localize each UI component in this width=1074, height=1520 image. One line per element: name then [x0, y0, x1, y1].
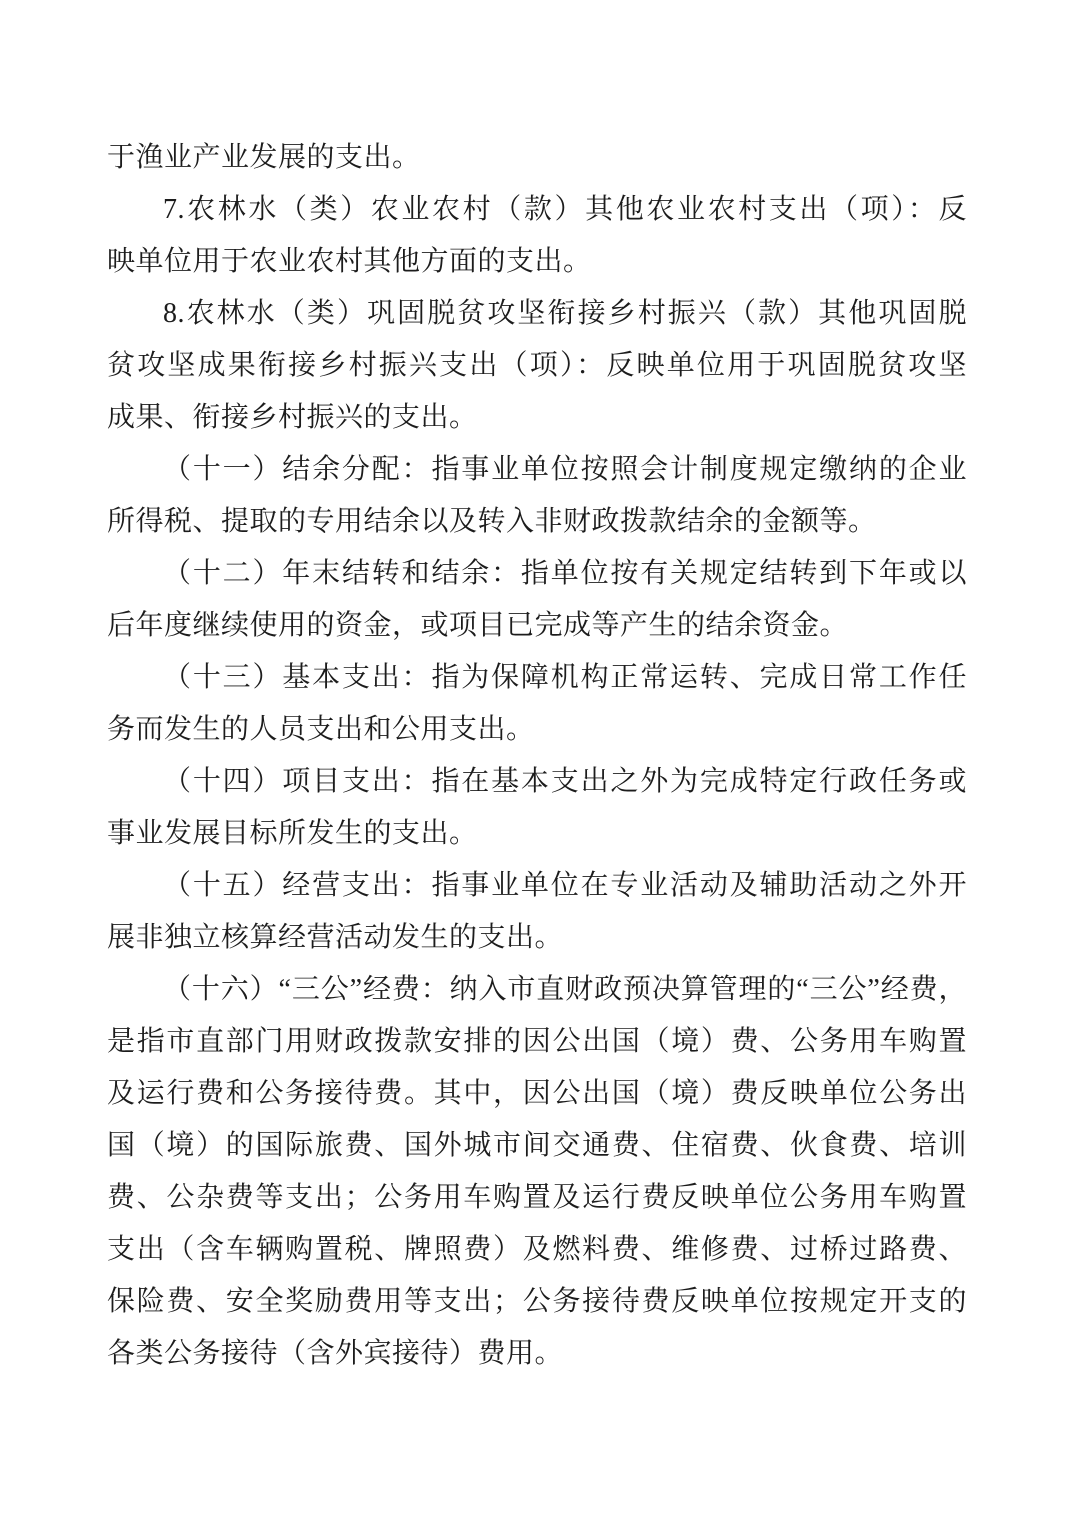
paragraph-item-7: 7.农林水（类）农业农村（款）其他农业农村支出（项）：反 映单位用于农业农村其他… — [107, 184, 967, 288]
text-line: 事业发展目标所发生的支出。 — [107, 808, 967, 860]
text-line: 及运行费和公务接待费。其中，因公出国（境）费反映单位公务出 — [107, 1068, 967, 1120]
text-line: 所得税、提取的专用结余以及转入非财政拨款结余的金额等。 — [107, 496, 967, 548]
paragraph-term-13: （十三）基本支出：指为保障机构正常运转、完成日常工作任 务而发生的人员支出和公用… — [107, 652, 967, 756]
text-line: 支出（含车辆购置税、牌照费）及燃料费、维修费、过桥过路费、 — [107, 1224, 967, 1276]
paragraph-term-16: （十六）“三公”经费：纳入市直财政预决算管理的“三公”经费， 是指市直部门用财政… — [107, 964, 967, 1380]
paragraph-term-15: （十五）经营支出：指事业单位在专业活动及辅助活动之外开 展非独立核算经营活动发生… — [107, 860, 967, 964]
text-line: （十四）项目支出：指在基本支出之外为完成特定行政任务或 — [107, 756, 967, 808]
paragraph-term-11: （十一）结余分配：指事业单位按照会计制度规定缴纳的企业 所得税、提取的专用结余以… — [107, 444, 967, 548]
text-line: （十一）结余分配：指事业单位按照会计制度规定缴纳的企业 — [107, 444, 967, 496]
paragraph-term-14: （十四）项目支出：指在基本支出之外为完成特定行政任务或 事业发展目标所发生的支出… — [107, 756, 967, 860]
document-text-block: 于渔业产业发展的支出。 7.农林水（类）农业农村（款）其他农业农村支出（项）：反… — [107, 132, 967, 1380]
text-line: 7.农林水（类）农业农村（款）其他农业农村支出（项）：反 — [107, 184, 967, 236]
text-line: 成果、衔接乡村振兴的支出。 — [107, 392, 967, 444]
document-page: 于渔业产业发展的支出。 7.农林水（类）农业农村（款）其他农业农村支出（项）：反… — [0, 0, 1074, 1520]
text-line: （十六）“三公”经费：纳入市直财政预决算管理的“三公”经费， — [107, 964, 967, 1016]
text-line: （十五）经营支出：指事业单位在专业活动及辅助活动之外开 — [107, 860, 967, 912]
text-line: （十二）年末结转和结余：指单位按有关规定结转到下年或以 — [107, 548, 967, 600]
text-line: 费、公杂费等支出；公务用车购置及运行费反映单位公务用车购置 — [107, 1172, 967, 1224]
text-line: 映单位用于农业农村其他方面的支出。 — [107, 236, 967, 288]
paragraph-continuation: 于渔业产业发展的支出。 — [107, 132, 967, 184]
text-line: 8.农林水（类）巩固脱贫攻坚衔接乡村振兴（款）其他巩固脱 — [107, 288, 967, 340]
text-line: 务而发生的人员支出和公用支出。 — [107, 704, 967, 756]
text-line: 保险费、安全奖励费用等支出；公务接待费反映单位按规定开支的 — [107, 1276, 967, 1328]
text-line: 国（境）的国际旅费、国外城市间交通费、住宿费、伙食费、培训 — [107, 1120, 967, 1172]
text-line: （十三）基本支出：指为保障机构正常运转、完成日常工作任 — [107, 652, 967, 704]
text-line: 于渔业产业发展的支出。 — [107, 132, 967, 184]
text-line: 后年度继续使用的资金，或项目已完成等产生的结余资金。 — [107, 600, 967, 652]
paragraph-term-12: （十二）年末结转和结余：指单位按有关规定结转到下年或以 后年度继续使用的资金，或… — [107, 548, 967, 652]
text-line: 贫攻坚成果衔接乡村振兴支出（项）：反映单位用于巩固脱贫攻坚 — [107, 340, 967, 392]
text-line: 展非独立核算经营活动发生的支出。 — [107, 912, 967, 964]
text-line: 各类公务接待（含外宾接待）费用。 — [107, 1328, 967, 1380]
paragraph-item-8: 8.农林水（类）巩固脱贫攻坚衔接乡村振兴（款）其他巩固脱 贫攻坚成果衔接乡村振兴… — [107, 288, 967, 444]
text-line: 是指市直部门用财政拨款安排的因公出国（境）费、公务用车购置 — [107, 1016, 967, 1068]
